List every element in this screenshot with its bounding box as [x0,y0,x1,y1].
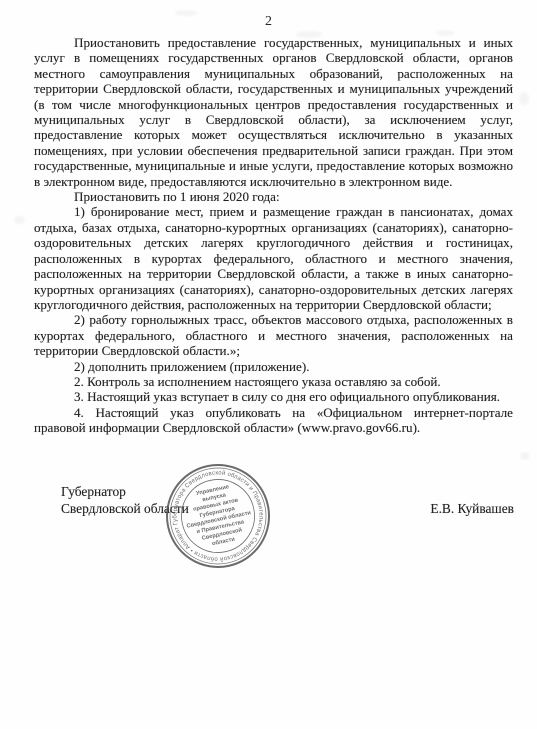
scan-artifact [175,10,197,16]
document-body: Приостановить предоставление государстве… [34,35,513,436]
paragraph-suspend-until-date: Приостановить по 1 июня 2020 года: [34,189,513,204]
signatory-name: Е.В. Куйвашев [430,500,514,517]
paragraph-item-3-entry-into-force: 3. Настоящий указ вступает в силу со дня… [34,389,513,404]
scan-artifact [519,92,529,105]
scan-artifact [296,31,322,38]
paragraph-suspend-services: Приостановить предоставление государстве… [34,35,513,189]
scan-artifact [436,30,454,36]
paragraph-item-2-ski-slopes: 2) работу горнолыжных трасс, объектов ма… [34,312,513,358]
paragraph-item-4-publication: 4. Настоящий указ опубликовать на «Офици… [34,405,513,436]
paragraph-item-1-booking: 1) бронирование мест, прием и размещение… [34,204,513,312]
official-stamp: Губернатора Свердловской области и Прави… [153,450,284,582]
scan-artifact [14,216,25,224]
document-page: 2 Приостановить предоставление государст… [0,0,537,729]
signature-block: Губернатор Свердловской области Е.В. Куй… [61,483,514,517]
page-number: 2 [0,14,537,30]
paragraph-item-2-annex: 2) дополнить приложением (приложение). [34,359,513,374]
paragraph-item-2-control: 2. Контроль за исполнением настоящего ук… [34,374,513,389]
scan-artifact [520,452,530,460]
